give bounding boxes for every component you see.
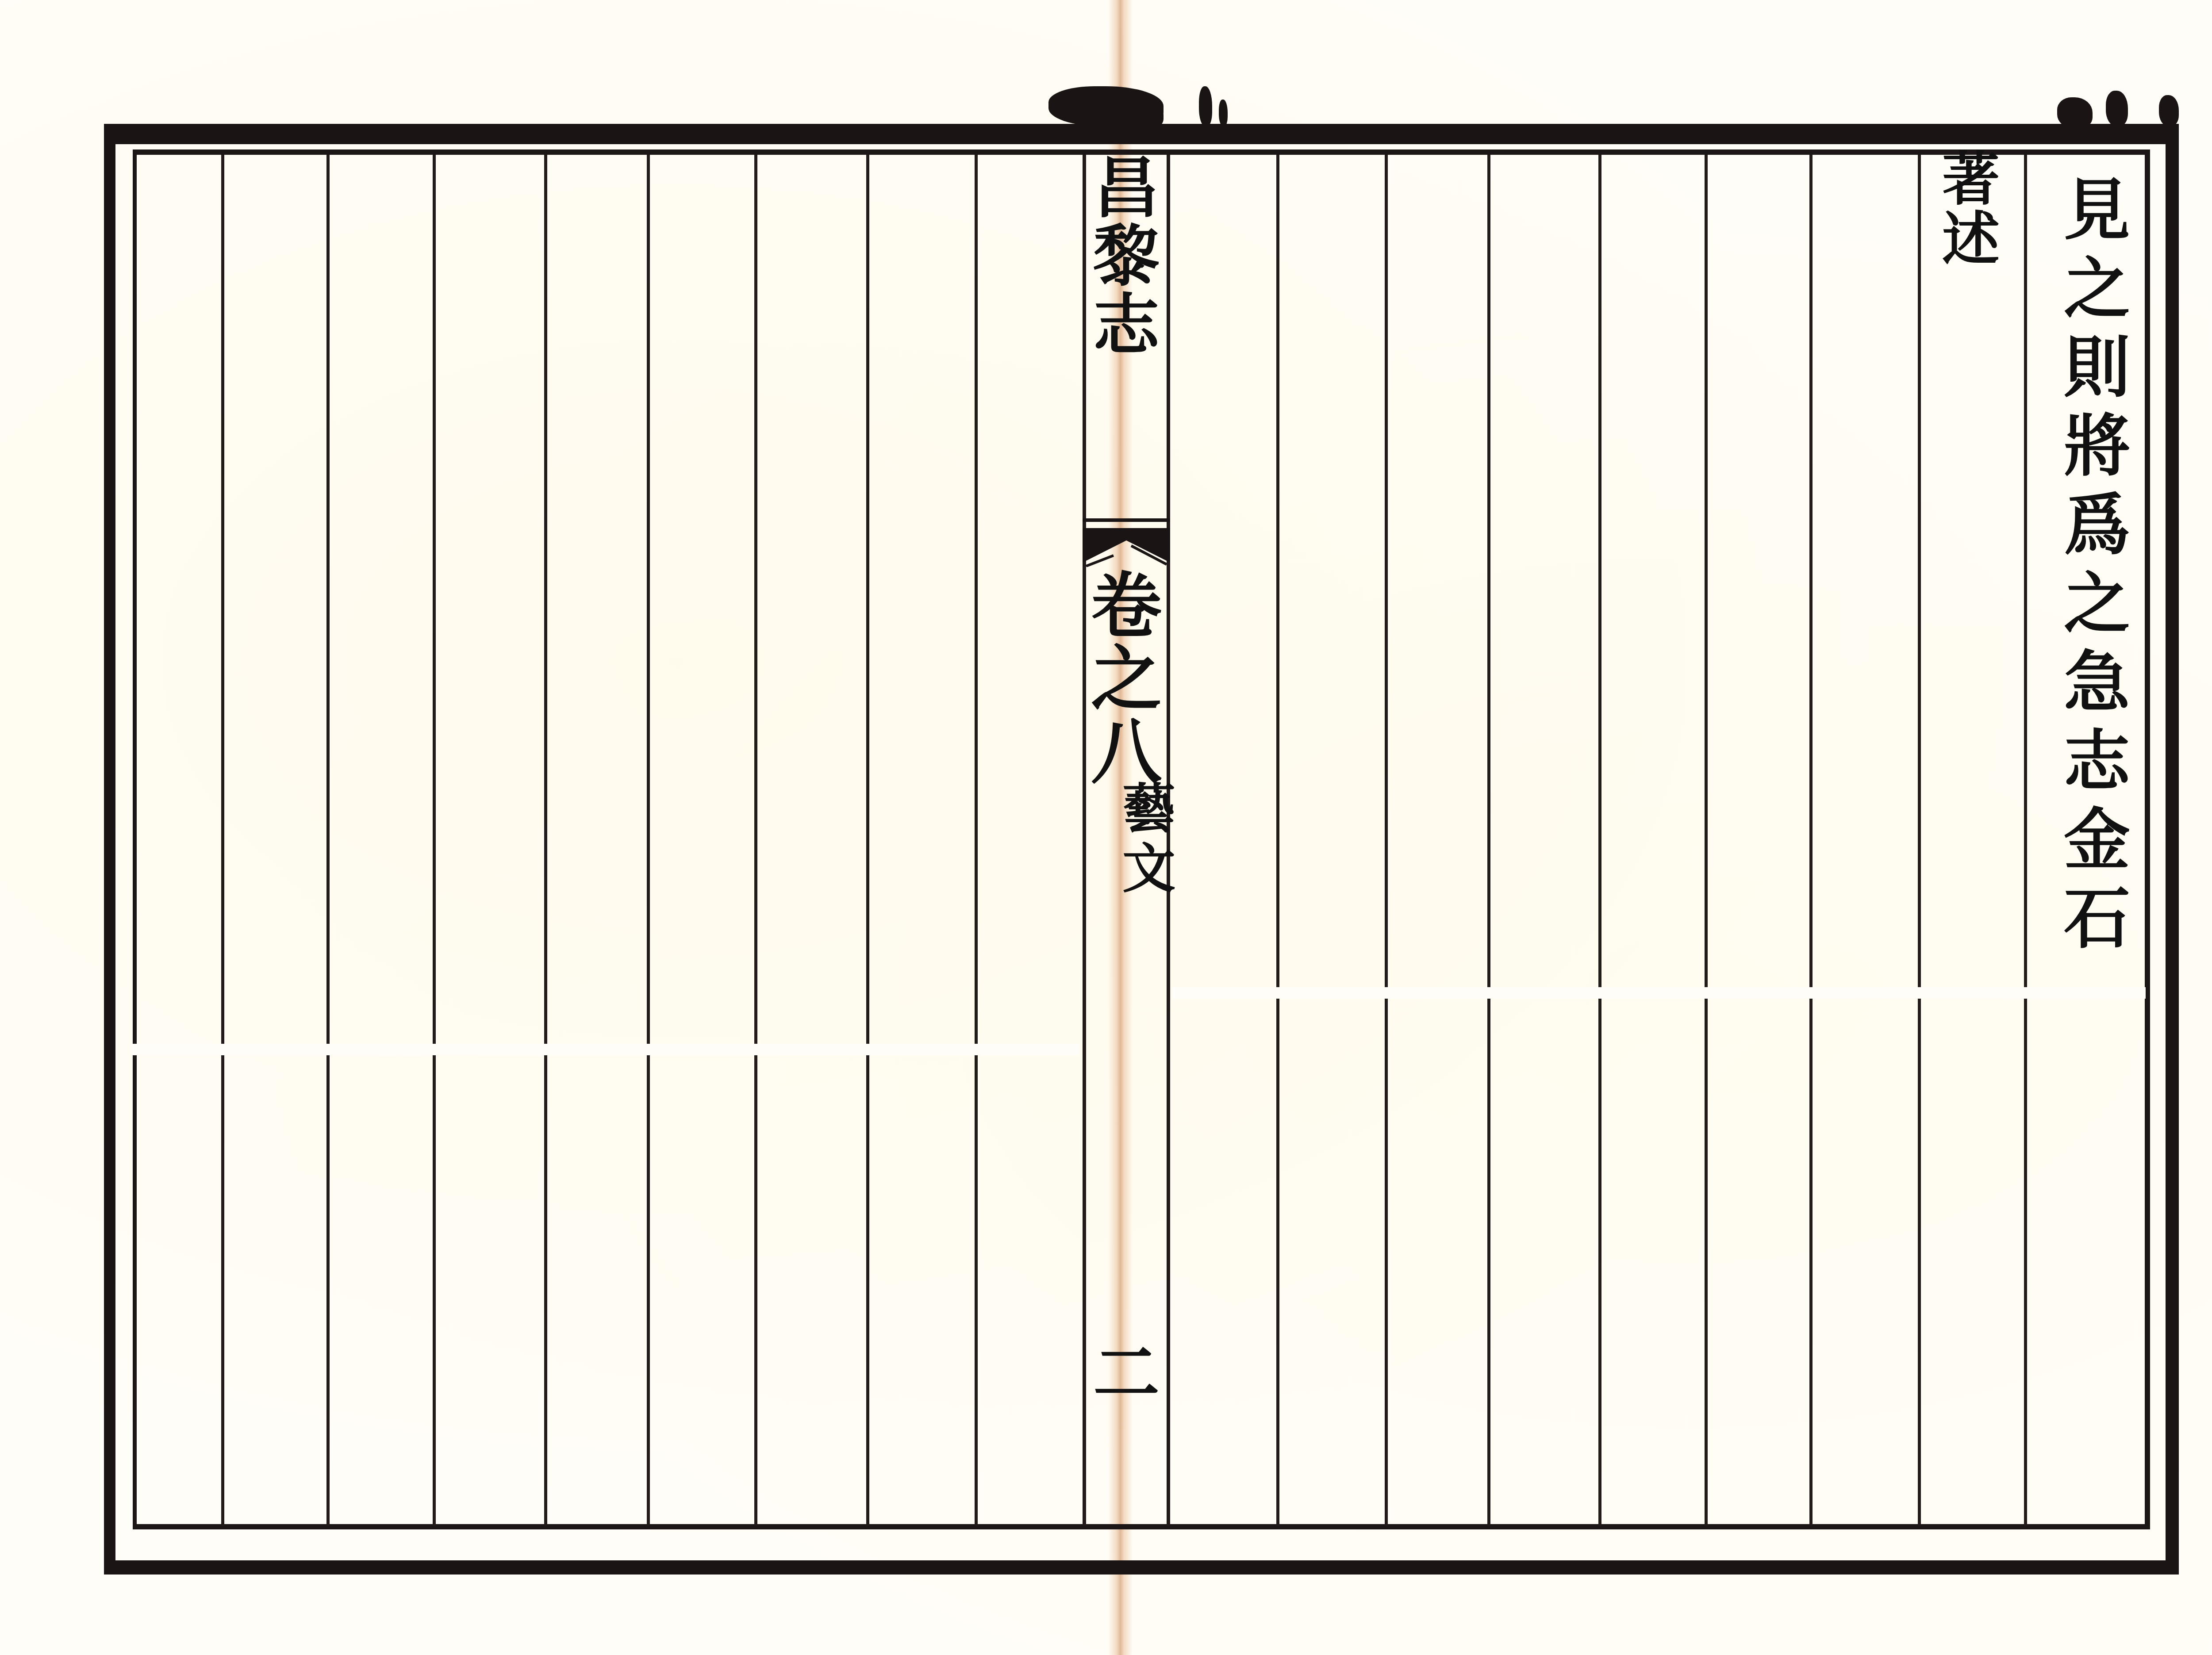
- ink-smudge: [2057, 97, 2093, 128]
- ink-smudge: [2106, 91, 2128, 126]
- ink-smudge: [1133, 102, 1164, 128]
- section-char: 藝: [1122, 783, 1175, 843]
- column-rule: [647, 155, 650, 1526]
- fishtail-ornament-icon: [1083, 518, 1170, 567]
- ink-smudge: [2159, 95, 2179, 126]
- column-rule: [1809, 155, 1813, 1526]
- title-char: 志: [1093, 292, 1160, 360]
- ink-smudge: [1199, 86, 1212, 126]
- page-number: 二: [1083, 1340, 1170, 1406]
- section-label: 藝 文: [1131, 783, 1167, 902]
- text-column-main: 見 之 則 將 爲 之 急 志 金 石: [2053, 177, 2141, 964]
- column-rule: [1918, 155, 1921, 1526]
- volume-char: 卷: [1091, 571, 1162, 644]
- text-char: 見: [2064, 177, 2130, 256]
- column-rule: [866, 155, 869, 1526]
- column-rule: [754, 155, 757, 1526]
- title-char: 黎: [1093, 223, 1160, 292]
- column-rule: [544, 155, 547, 1526]
- ink-smudge: [1219, 100, 1228, 126]
- title-char: 昌: [1093, 155, 1160, 223]
- block-seam-right: [1172, 987, 2146, 999]
- block-seam-left: [133, 1044, 1079, 1055]
- column-rule: [975, 155, 978, 1526]
- volume-char: 之: [1091, 644, 1162, 716]
- text-char: 著: [1942, 150, 2000, 210]
- column-rule: [1705, 155, 1708, 1526]
- center-column-banxin: 昌 黎 志 卷 之 八 藝 文 二: [1083, 155, 1170, 1526]
- text-char: 則: [2064, 334, 2130, 413]
- text-char: 將: [2064, 413, 2130, 492]
- text-char: 志: [2064, 728, 2130, 807]
- volume-label: 卷 之 八: [1083, 571, 1170, 789]
- column-rule: [326, 155, 330, 1526]
- text-column-heading: 著 述: [1938, 150, 2004, 270]
- text-char: 石: [2064, 885, 2130, 964]
- text-char: 急: [2064, 649, 2130, 728]
- text-char: 爲: [2064, 492, 2130, 571]
- section-char: 文: [1122, 843, 1175, 902]
- center-column-left-rule: [1083, 155, 1086, 1526]
- text-char: 之: [2064, 256, 2130, 334]
- column-rule: [221, 155, 224, 1526]
- text-char: 金: [2064, 807, 2130, 885]
- column-rule: [433, 155, 436, 1526]
- column-rule: [1487, 155, 1490, 1526]
- book-title: 昌 黎 志: [1083, 155, 1170, 360]
- column-rule: [1598, 155, 1601, 1526]
- column-rule: [2024, 155, 2027, 1526]
- text-char: 述: [1942, 210, 2000, 270]
- column-rule: [1276, 155, 1279, 1526]
- column-rule: [1385, 155, 1388, 1526]
- text-char: 之: [2064, 571, 2130, 649]
